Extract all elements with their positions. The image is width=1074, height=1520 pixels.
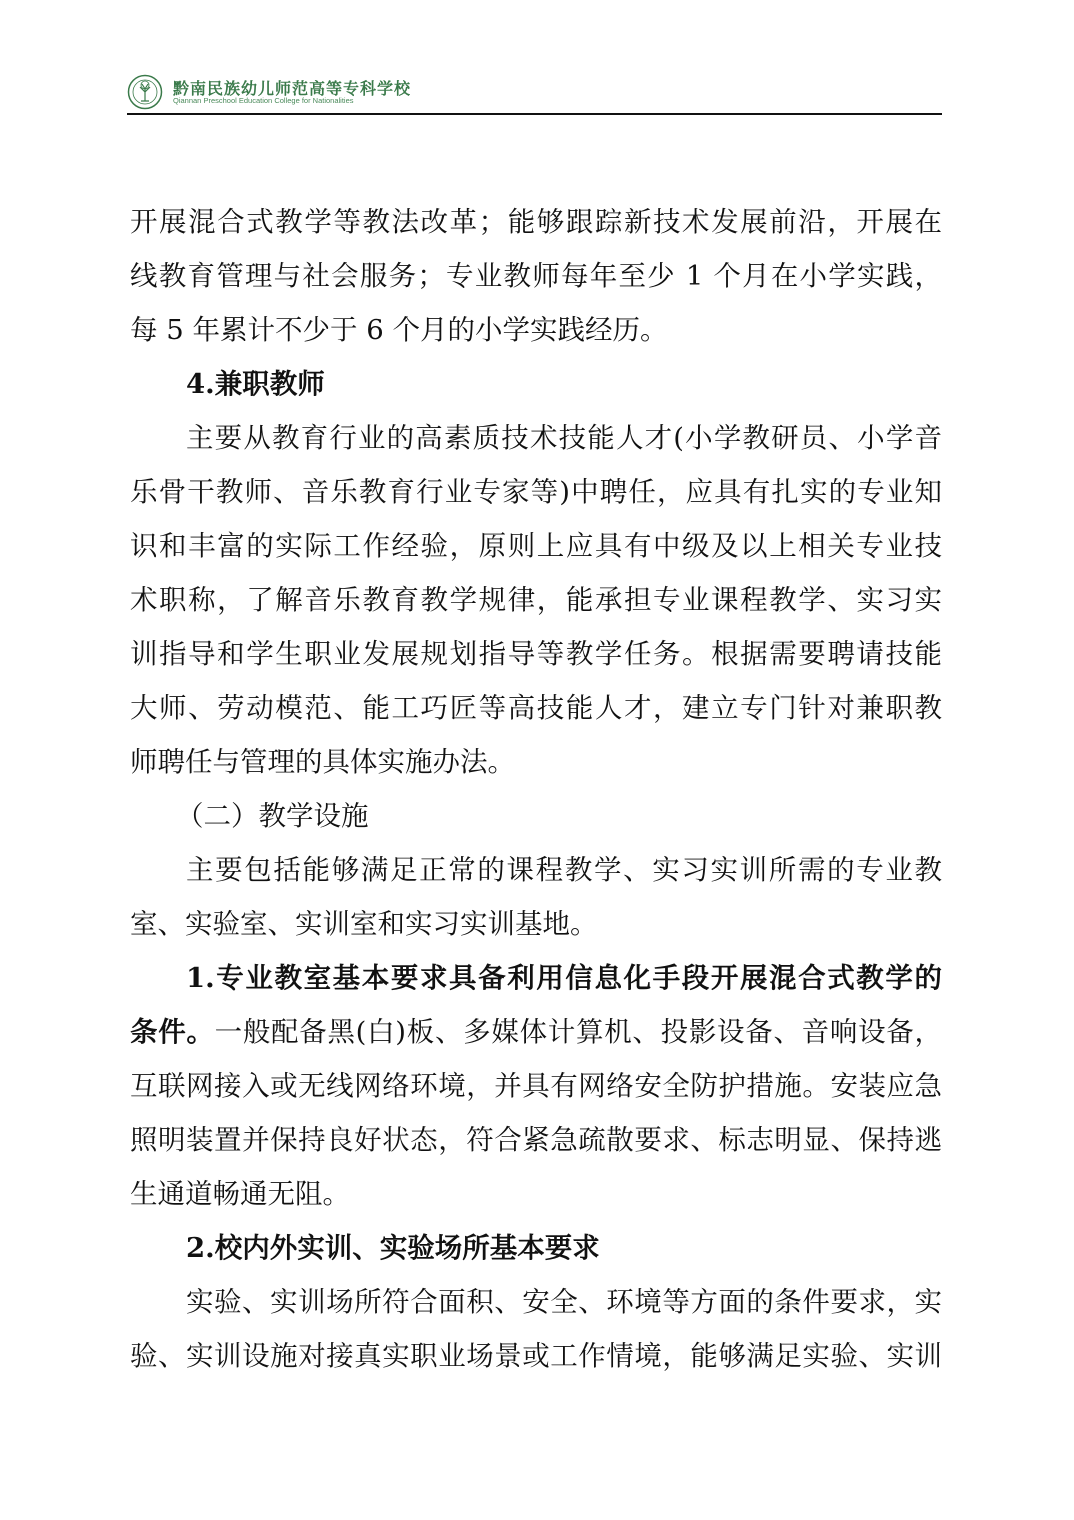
paragraph-text: 一般配备黑(白)板、多媒体计算机、投影设备、音响设备， [215,1016,942,1048]
paragraph-line: 大师、劳动模范、能工巧匠等高技能人才，建立专门针对兼职教 [130,684,942,738]
school-name-en: Qiannan Preschool Education College for … [173,96,354,105]
paragraph-line: 生通道畅通无阻。 [130,1170,942,1224]
paragraph-line: 术职称，了解音乐教育教学规律，能承担专业课程教学、实习实 [130,576,942,630]
section-heading: 4.兼职教师 [130,360,942,414]
paragraph-line: 师聘任与管理的具体实施办法。 [130,738,942,792]
paragraph-line: 互联网接入或无线网络环境，并具有网络安全防护措施。安装应急 [130,1062,942,1116]
page-header: 黔南民族幼儿师范高等专科学校 Qiannan Preschool Educati… [127,72,942,116]
section-heading: 2.校内外实训、实验场所基本要求 [130,1224,942,1278]
paragraph-line: 训指导和学生职业发展规划指导等教学任务。根据需要聘请技能 [130,630,942,684]
paragraph-line: 主要包括能够满足正常的课程教学、实习实训所需的专业教 [130,846,942,900]
paragraph-line: 照明装置并保持良好状态，符合紧急疏散要求、标志明显、保持逃 [130,1116,942,1170]
paragraph-line: 乐骨干教师、音乐教育行业专家等)中聘任，应具有扎实的专业知 [130,468,942,522]
section-heading: 1.专业教室基本要求具备利用信息化手段开展混合式教学的 [130,954,942,1008]
header-divider [127,113,942,115]
paragraph-line: 主要从教育行业的高素质技术技能人才(小学教研员、小学音 [130,414,942,468]
paragraph-line: 每 5 年累计不少于 6 个月的小学实践经历。 [130,306,942,360]
subsection-heading: （二）教学设施 [130,792,942,846]
paragraph-line: 实验、实训场所符合面积、安全、环境等方面的条件要求，实 [130,1278,942,1332]
paragraph-line: 开展混合式教学等教法改革；能够跟踪新技术发展前沿，开展在 [130,198,942,252]
paragraph-line: 室、实验室、实训室和实习实训基地。 [130,900,942,954]
paragraph-line: 验、实训设施对接真实职业场景或工作情境，能够满足实验、实训 [130,1332,942,1386]
school-logo-icon [127,74,163,110]
paragraph-line-mixed: 条件。一般配备黑(白)板、多媒体计算机、投影设备、音响设备， [130,1008,942,1062]
document-body: 开展混合式教学等教法改革；能够跟踪新技术发展前沿，开展在 线教育管理与社会服务；… [130,198,942,1386]
paragraph-line: 识和丰富的实际工作经验，原则上应具有中级及以上相关专业技 [130,522,942,576]
heading-tail: 条件。 [130,1016,215,1048]
paragraph-line: 线教育管理与社会服务；专业教师每年至少 1 个月在小学实践， [130,252,942,306]
